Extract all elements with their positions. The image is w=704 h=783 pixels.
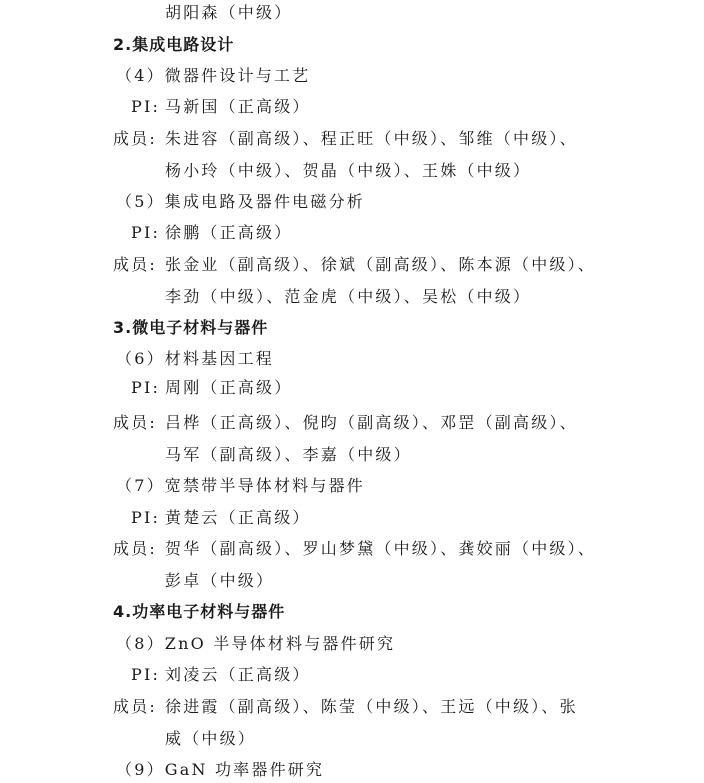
pi-name: 徐鹏（正高级）	[165, 223, 292, 243]
section-heading: 2.集成电路设计	[113, 35, 234, 55]
subsection-heading: （7）宽禁带半导体材料与器件	[116, 476, 365, 496]
pi-name: 周刚（正高级）	[165, 378, 292, 398]
pi-label: PI:	[131, 97, 160, 117]
members-label: 成员:	[113, 413, 157, 433]
member-list-continuation: 彭卓（中级）	[165, 571, 274, 591]
pi-name: 黄楚云（正高级）	[165, 508, 311, 528]
members-label: 成员:	[113, 255, 157, 275]
section-heading: 3.微电子材料与器件	[113, 318, 268, 338]
subsection-heading: （9）GaN 功率器件研究	[116, 760, 324, 780]
members-label: 成员:	[113, 129, 157, 149]
members-label: 成员:	[113, 697, 157, 717]
member-list-continuation: 马军（副高级）、李嘉（中级）	[165, 445, 412, 465]
member-list-continuation: 李劲（中级）、范金虎（中级）、吴松（中级）	[165, 287, 531, 307]
subsection-heading: （6）材料基因工程	[116, 349, 274, 369]
section-heading: 4.功率电子材料与器件	[113, 602, 285, 622]
member-list-continuation: 杨小玲（中级）、贺晶（中级）、王姝（中级）	[165, 161, 531, 181]
pi-name: 马新国（正高级）	[165, 97, 311, 117]
pi-name: 刘凌云（正高级）	[165, 665, 311, 685]
member-list: 张金业（副高级）、徐斌（副高级）、陈本源（中级）、	[165, 255, 596, 275]
subsection-heading: （8）ZnO 半导体材料与器件研究	[116, 634, 395, 654]
member-list-continuation: 胡阳森（中级）	[165, 3, 292, 23]
member-list-continuation: 威（中级）	[165, 729, 256, 749]
member-list: 贺华（副高级）、罗山梦黛（中级）、龚姣丽（中级）、	[165, 539, 596, 559]
members-label: 成员:	[113, 539, 157, 559]
member-list: 徐进霞（副高级）、陈莹（中级）、王远（中级）、张	[165, 697, 578, 717]
member-list: 朱进容（副高级）、程正旺（中级）、邹维（中级）、	[165, 129, 578, 149]
subsection-heading: （5）集成电路及器件电磁分析	[116, 192, 365, 212]
pi-label: PI:	[131, 665, 160, 685]
pi-label: PI:	[131, 378, 160, 398]
pi-label: PI:	[131, 508, 160, 528]
pi-label: PI:	[131, 223, 160, 243]
subsection-heading: （4）微器件设计与工艺	[116, 66, 310, 86]
member-list: 吕桦（正高级）、倪昀（副高级）、邓罡（副高级）、	[165, 413, 578, 433]
